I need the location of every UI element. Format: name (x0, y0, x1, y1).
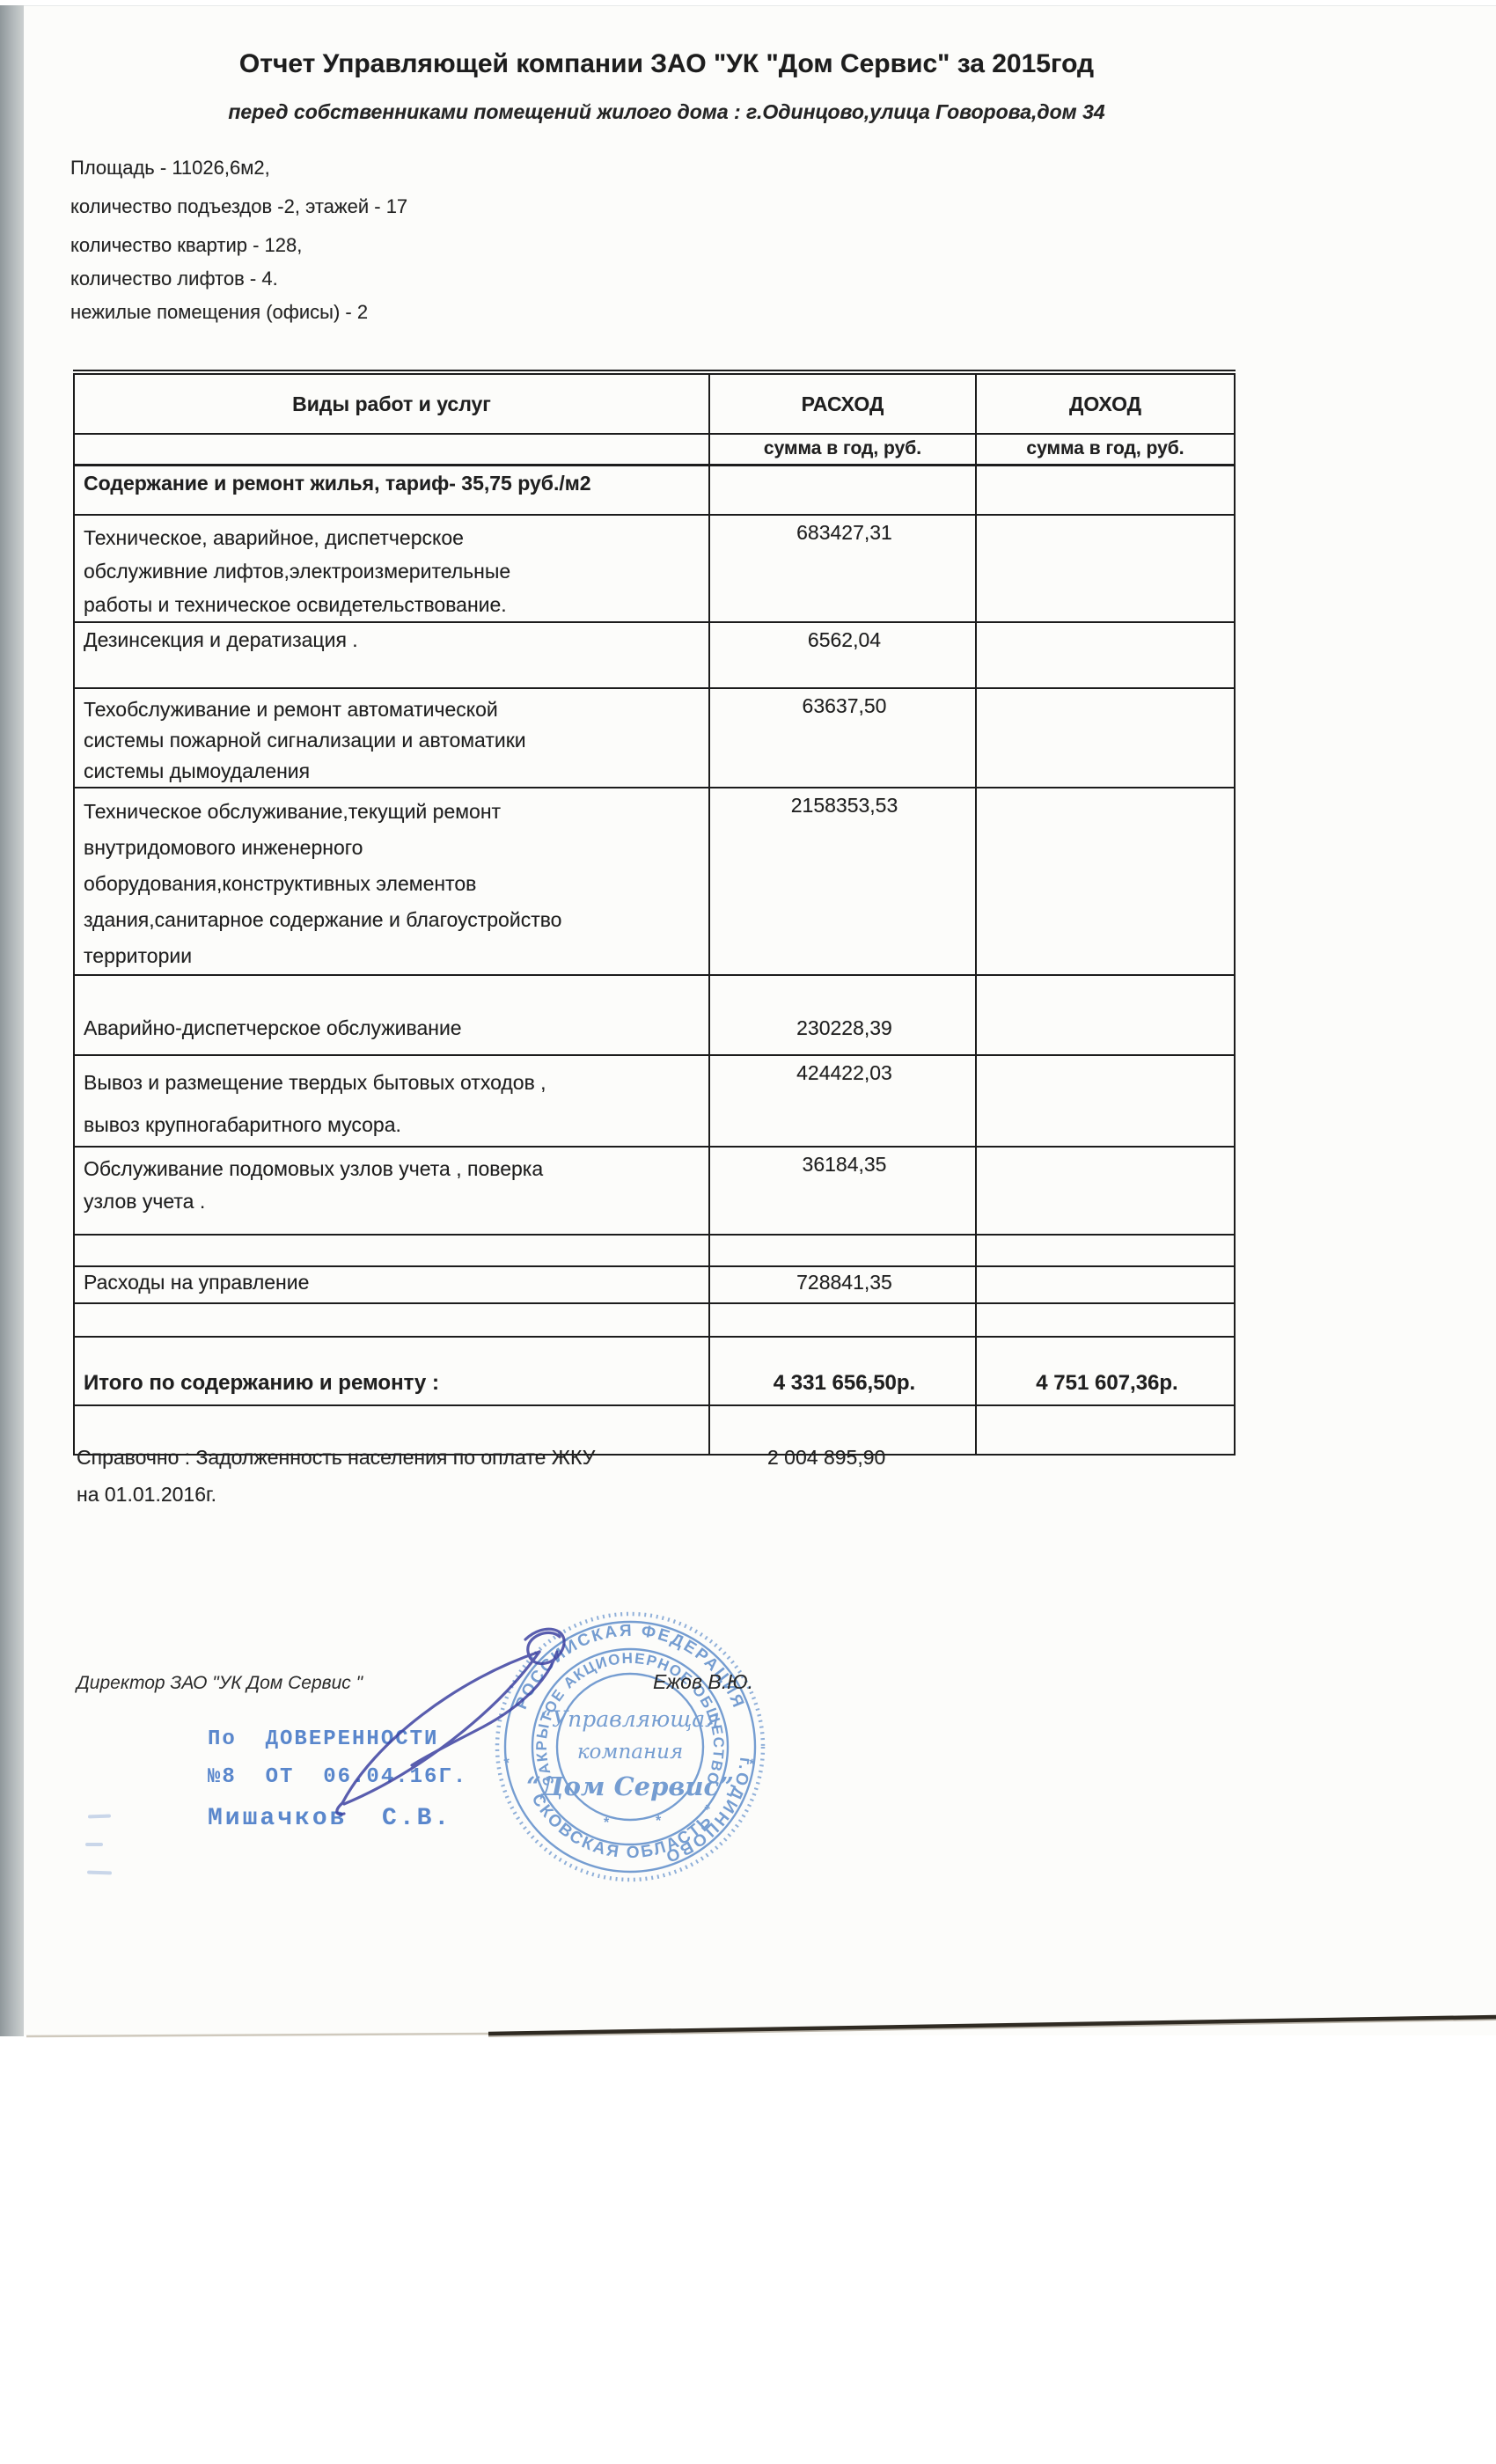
info-elevators: количество лифтов - 4. (70, 268, 278, 290)
section-label: Содержание и ремонт жилья, тариф- 35,75 … (74, 465, 709, 515)
empty-row (74, 1303, 1235, 1337)
scanned-report-page: Отчет Управляющей компании ЗАО "УК "Дом … (0, 0, 1496, 2464)
row-expense: 36184,35 (709, 1147, 976, 1235)
seal-star-inner-right: * (656, 1814, 662, 1829)
company-seal: РОССИЙСКАЯ ФЕДЕРАЦИЯ г.ОДИНЦОВО МОСКОВСК… (487, 1603, 774, 1890)
seal-center-line2: компания (577, 1741, 683, 1764)
director-label: Директор ЗАО "УК Дом Сервис " (77, 1673, 363, 1694)
row-label: Техническое, аварийное, диспетчерское об… (74, 515, 709, 622)
subheader-empty (74, 434, 709, 465)
row-expense: 683427,31 (709, 515, 976, 622)
director-name: Ежов В.Ю. (653, 1670, 753, 1694)
row-income (976, 975, 1235, 1055)
table-row: Расходы на управление 728841,35 (74, 1266, 1235, 1303)
page-bottom-edge (0, 1998, 1496, 2050)
row-label: Вывоз и размещение твердых бытовых отход… (74, 1055, 709, 1147)
table-row: Вывоз и размещение твердых бытовых отход… (74, 1055, 1235, 1147)
total-expense: 4 331 656,50р. (709, 1337, 976, 1405)
subheader-expense-units: сумма в год, руб. (709, 434, 976, 465)
table-row: Техобслуживание и ремонт автоматической … (74, 688, 1235, 788)
table-subheader-row: сумма в год, руб. сумма в год, руб. (74, 434, 1235, 465)
attorney-stamp-line2: №8 ОТ 06.04.16Г. (208, 1765, 467, 1789)
row-income (976, 1055, 1235, 1147)
page-edge-dark (488, 2017, 1496, 2034)
row-expense: 2158353,53 (709, 788, 976, 975)
section-row: Содержание и ремонт жилья, тариф- 35,75 … (74, 465, 1235, 515)
reference-debt-line1: Справочно : Задолженность населения по о… (77, 1446, 595, 1470)
expenses-income-table: Виды работ и услуг РАСХОД ДОХОД сумма в … (73, 370, 1236, 1456)
table-header-row: Виды работ и услуг РАСХОД ДОХОД (74, 372, 1235, 434)
row-income (976, 688, 1235, 788)
reference-debt-line2: на 01.01.2016г. (77, 1483, 216, 1507)
row-label: Обслуживание подомовых узлов учета , пов… (74, 1147, 709, 1235)
row-label: Аварийно-диспетчерское обслуживание (74, 975, 709, 1055)
row-expense: 728841,35 (709, 1266, 976, 1303)
seal-star-left: * (502, 1756, 517, 1765)
total-label: Итого по содержанию и ремонту : (74, 1337, 709, 1405)
seal-star-inner-left: * (604, 1815, 610, 1830)
info-entrances-floors: количество подъездов -2, этажей - 17 (70, 195, 407, 218)
row-label: Расходы на управление (74, 1266, 709, 1303)
total-income: 4 751 607,36р. (976, 1337, 1235, 1405)
attorney-stamp-line3: Мишачков С.В. (208, 1805, 451, 1832)
page-title: Отчет Управляющей компании ЗАО "УК "Дом … (70, 49, 1263, 79)
row-income (976, 1266, 1235, 1303)
info-area: Площадь - 11026,6м2, (70, 157, 270, 180)
row-income (976, 515, 1235, 622)
seal-center-line3: “Дом Сервис” (526, 1771, 734, 1801)
info-offices: нежилые помещения (офисы) - 2 (70, 301, 368, 324)
row-income (976, 788, 1235, 975)
table-row: Техническое, аварийное, диспетчерское об… (74, 515, 1235, 622)
row-expense: 424422,03 (709, 1055, 976, 1147)
page-edge-light (26, 2034, 493, 2036)
attorney-stamp-line1: По ДОВЕРЕННОСТИ (208, 1727, 438, 1751)
table-row: Обслуживание подомовых узлов учета , пов… (74, 1147, 1235, 1235)
row-income (976, 1147, 1235, 1235)
table-row: Техническое обслуживание,текущий ремонт … (74, 788, 1235, 975)
row-expense: 63637,50 (709, 688, 976, 788)
ink-smudge (85, 1843, 103, 1846)
seal-center-line1: “Управляющая (540, 1706, 719, 1732)
page-edge-shadow (488, 2020, 1496, 2036)
row-label: Техобслуживание и ремонт автоматической … (74, 688, 709, 788)
header-expense: РАСХОД (709, 372, 976, 434)
row-expense: 6562,04 (709, 622, 976, 688)
page-subtitle: перед собственниками помещений жилого до… (70, 100, 1263, 124)
row-income (976, 622, 1235, 688)
header-works: Виды работ и услуг (74, 372, 709, 434)
header-income: ДОХОД (976, 372, 1235, 434)
row-expense: 230228,39 (709, 975, 976, 1055)
table-row: Дезинсекция и дератизация . 6562,04 (74, 622, 1235, 688)
scanner-edge-strip (0, 5, 24, 2036)
reference-debt-value: 2 004 895,90 (767, 1446, 885, 1470)
empty-row (74, 1235, 1235, 1266)
subheader-income-units: сумма в год, руб. (976, 434, 1235, 465)
total-row: Итого по содержанию и ремонту : 4 331 65… (74, 1337, 1235, 1405)
info-apartments: количество квартир - 128, (70, 234, 302, 257)
row-label: Техническое обслуживание,текущий ремонт … (74, 788, 709, 975)
table-row: Аварийно-диспетчерское обслуживание 2302… (74, 975, 1235, 1055)
row-label: Дезинсекция и дератизация . (74, 622, 709, 688)
